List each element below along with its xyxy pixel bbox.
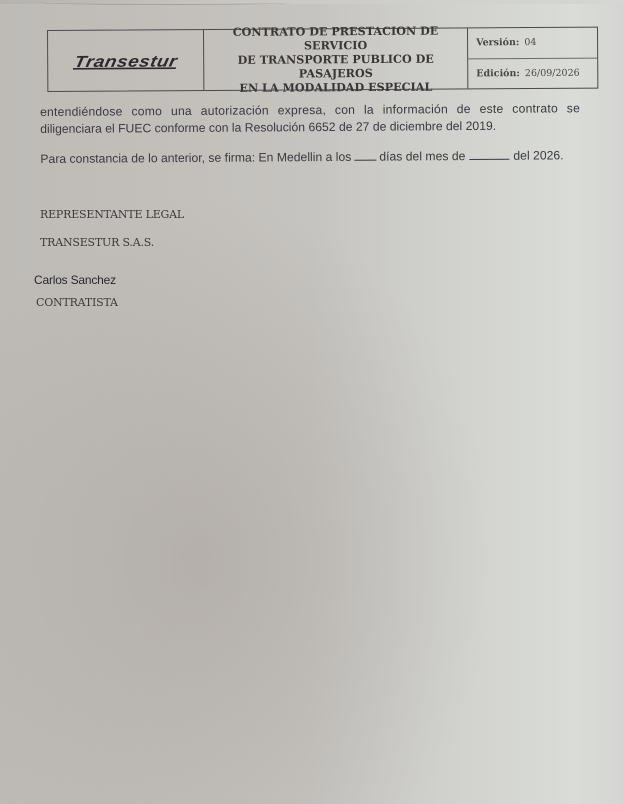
day-blank-field[interactable] — [354, 150, 376, 161]
page-curl-shadow — [40, 0, 290, 5]
title-line-1: CONTRATO DE PRESTACION DE SERVICIO — [204, 23, 467, 53]
signing-statement: Para constancia de lo anterior, se firma… — [40, 147, 580, 168]
document-title: CONTRATO DE PRESTACION DE SERVICIO DE TR… — [204, 28, 468, 90]
edition-label: Edición: — [476, 68, 520, 79]
version-label: Versión: — [476, 37, 519, 48]
contract-body: entendiéndose como una autorización expr… — [40, 100, 580, 168]
fuec-paragraph: entendiéndose como una autorización expr… — [40, 100, 580, 138]
version-row: Versión: 04 — [468, 28, 597, 58]
month-blank-field[interactable] — [469, 149, 509, 160]
signing-statement-part-1: Para constancia de lo anterior, se firma… — [40, 150, 351, 166]
contractor-role: CONTRATISTA — [36, 296, 118, 309]
edition-value: 26/09/2026 — [525, 67, 580, 78]
title-line-2: DE TRANSPORTE PUBLICO DE PASAJEROS — [204, 51, 467, 81]
company-logo: Transestur — [72, 53, 179, 72]
logo-cell: Transestur — [48, 30, 204, 91]
contractor-name: Carlos Sanchez — [34, 273, 116, 287]
legal-representative-title: REPRESENTANTE LEGAL — [40, 208, 184, 221]
title-line-3: EN LA MODALIDAD ESPECIAL — [239, 80, 432, 95]
document-meta: Versión: 04 Edición: 26/09/2026 — [468, 28, 597, 89]
version-value: 04 — [524, 37, 536, 48]
document-header-table: Transestur CONTRATO DE PRESTACION DE SER… — [47, 27, 598, 92]
edition-row: Edición: 26/09/2026 — [468, 57, 597, 88]
company-name: TRANSESTUR S.A.S. — [40, 236, 154, 249]
fuec-paragraph-line-2: diligenciara el FUEC conforme con la Res… — [40, 117, 580, 138]
signing-statement-part-3: del 2026. — [513, 148, 563, 162]
signing-statement-part-2: días del mes de — [379, 149, 465, 164]
